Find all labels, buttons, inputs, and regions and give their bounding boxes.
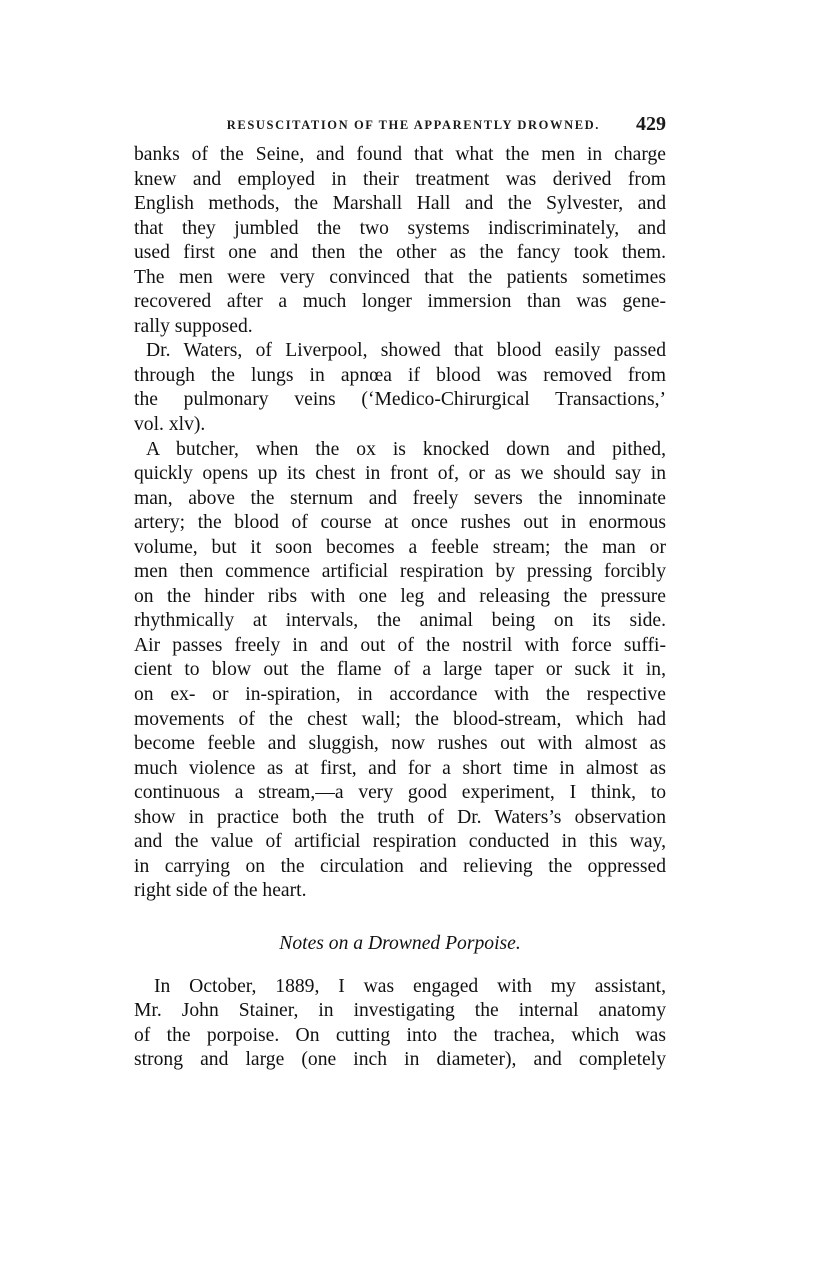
text-line: continuous a stream,—a very good experim…	[134, 781, 666, 806]
text-line: rhythmically at intervals, the animal be…	[134, 609, 666, 634]
text-line: become feeble and sluggish, now rushes o…	[134, 732, 666, 757]
text-line: quickly opens up its chest in front of, …	[134, 462, 666, 487]
text-line: movements of the chest wall; the blood-s…	[134, 708, 666, 733]
text-line: much violence as at first, and for a sho…	[134, 757, 666, 782]
text-line: of the porpoise. On cutting into the tra…	[134, 1024, 666, 1049]
section-heading: Notes on a Drowned Porpoise.	[134, 932, 666, 957]
running-head: RESUSCITATION OF THE APPARENTLY DROWNED.…	[134, 113, 666, 135]
text-line: on ex- or in-spiration, in accordance wi…	[134, 683, 666, 708]
section-spacer	[134, 904, 666, 932]
paragraph-butcher: A butcher, when the ox is knocked down a…	[134, 438, 666, 904]
paragraph-porpoise: In October, 1889, I was engaged with my …	[134, 975, 666, 1073]
heading-spacer	[134, 957, 666, 975]
text-line: knew and employed in their treatment was…	[134, 168, 666, 193]
text-line: artery; the blood of course at once rush…	[134, 511, 666, 536]
text-line: show in practice both the truth of Dr. W…	[134, 806, 666, 831]
book-page: RESUSCITATION OF THE APPARENTLY DROWNED.…	[0, 0, 816, 1271]
text-line: through the lungs in apnœa if blood was …	[134, 364, 666, 389]
text-line: strong and large (one inch in diameter),…	[134, 1048, 666, 1073]
text-line: on the hinder ribs with one leg and rele…	[134, 585, 666, 610]
text-line: in carrying on the circulation and relie…	[134, 855, 666, 880]
text-line: Mr. John Stainer, in investigating the i…	[134, 999, 666, 1024]
text-line: cient to blow out the flame of a large t…	[134, 658, 666, 683]
text-line: banks of the Seine, and found that what …	[134, 143, 666, 168]
text-line: the pulmonary veins (‘Medico-Chirurgical…	[134, 388, 666, 413]
text-line: recovered after a much longer immersion …	[134, 290, 666, 315]
text-line: A butcher, when the ox is knocked down a…	[134, 438, 666, 463]
text-line: rally supposed.	[134, 315, 666, 340]
text-line: men then commence artificial respiration…	[134, 560, 666, 585]
text-line: In October, 1889, I was engaged with my …	[134, 975, 666, 1000]
paragraph-waters: Dr. Waters, of Liverpool, showed that bl…	[134, 339, 666, 437]
text-line: that they jumbled the two systems indisc…	[134, 217, 666, 242]
text-line: and the value of artificial respiration …	[134, 830, 666, 855]
text-line: vol. xlv).	[134, 413, 666, 438]
text-line: used first one and then the other as the…	[134, 241, 666, 266]
text-line: The men were very convinced that the pat…	[134, 266, 666, 291]
text-line: volume, but it soon becomes a feeble str…	[134, 536, 666, 561]
text-line: right side of the heart.	[134, 879, 666, 904]
text-line: English methods, the Marshall Hall and t…	[134, 192, 666, 217]
text-line: Dr. Waters, of Liverpool, showed that bl…	[134, 339, 666, 364]
paragraph-seine: banks of the Seine, and found that what …	[134, 143, 666, 339]
text-line: Air passes freely in and out of the nost…	[134, 634, 666, 659]
running-title: RESUSCITATION OF THE APPARENTLY DROWNED.	[227, 118, 600, 133]
text-line: man, above the sternum and freely severs…	[134, 487, 666, 512]
page-number: 429	[636, 113, 666, 136]
body-text: banks of the Seine, and found that what …	[134, 143, 666, 1073]
